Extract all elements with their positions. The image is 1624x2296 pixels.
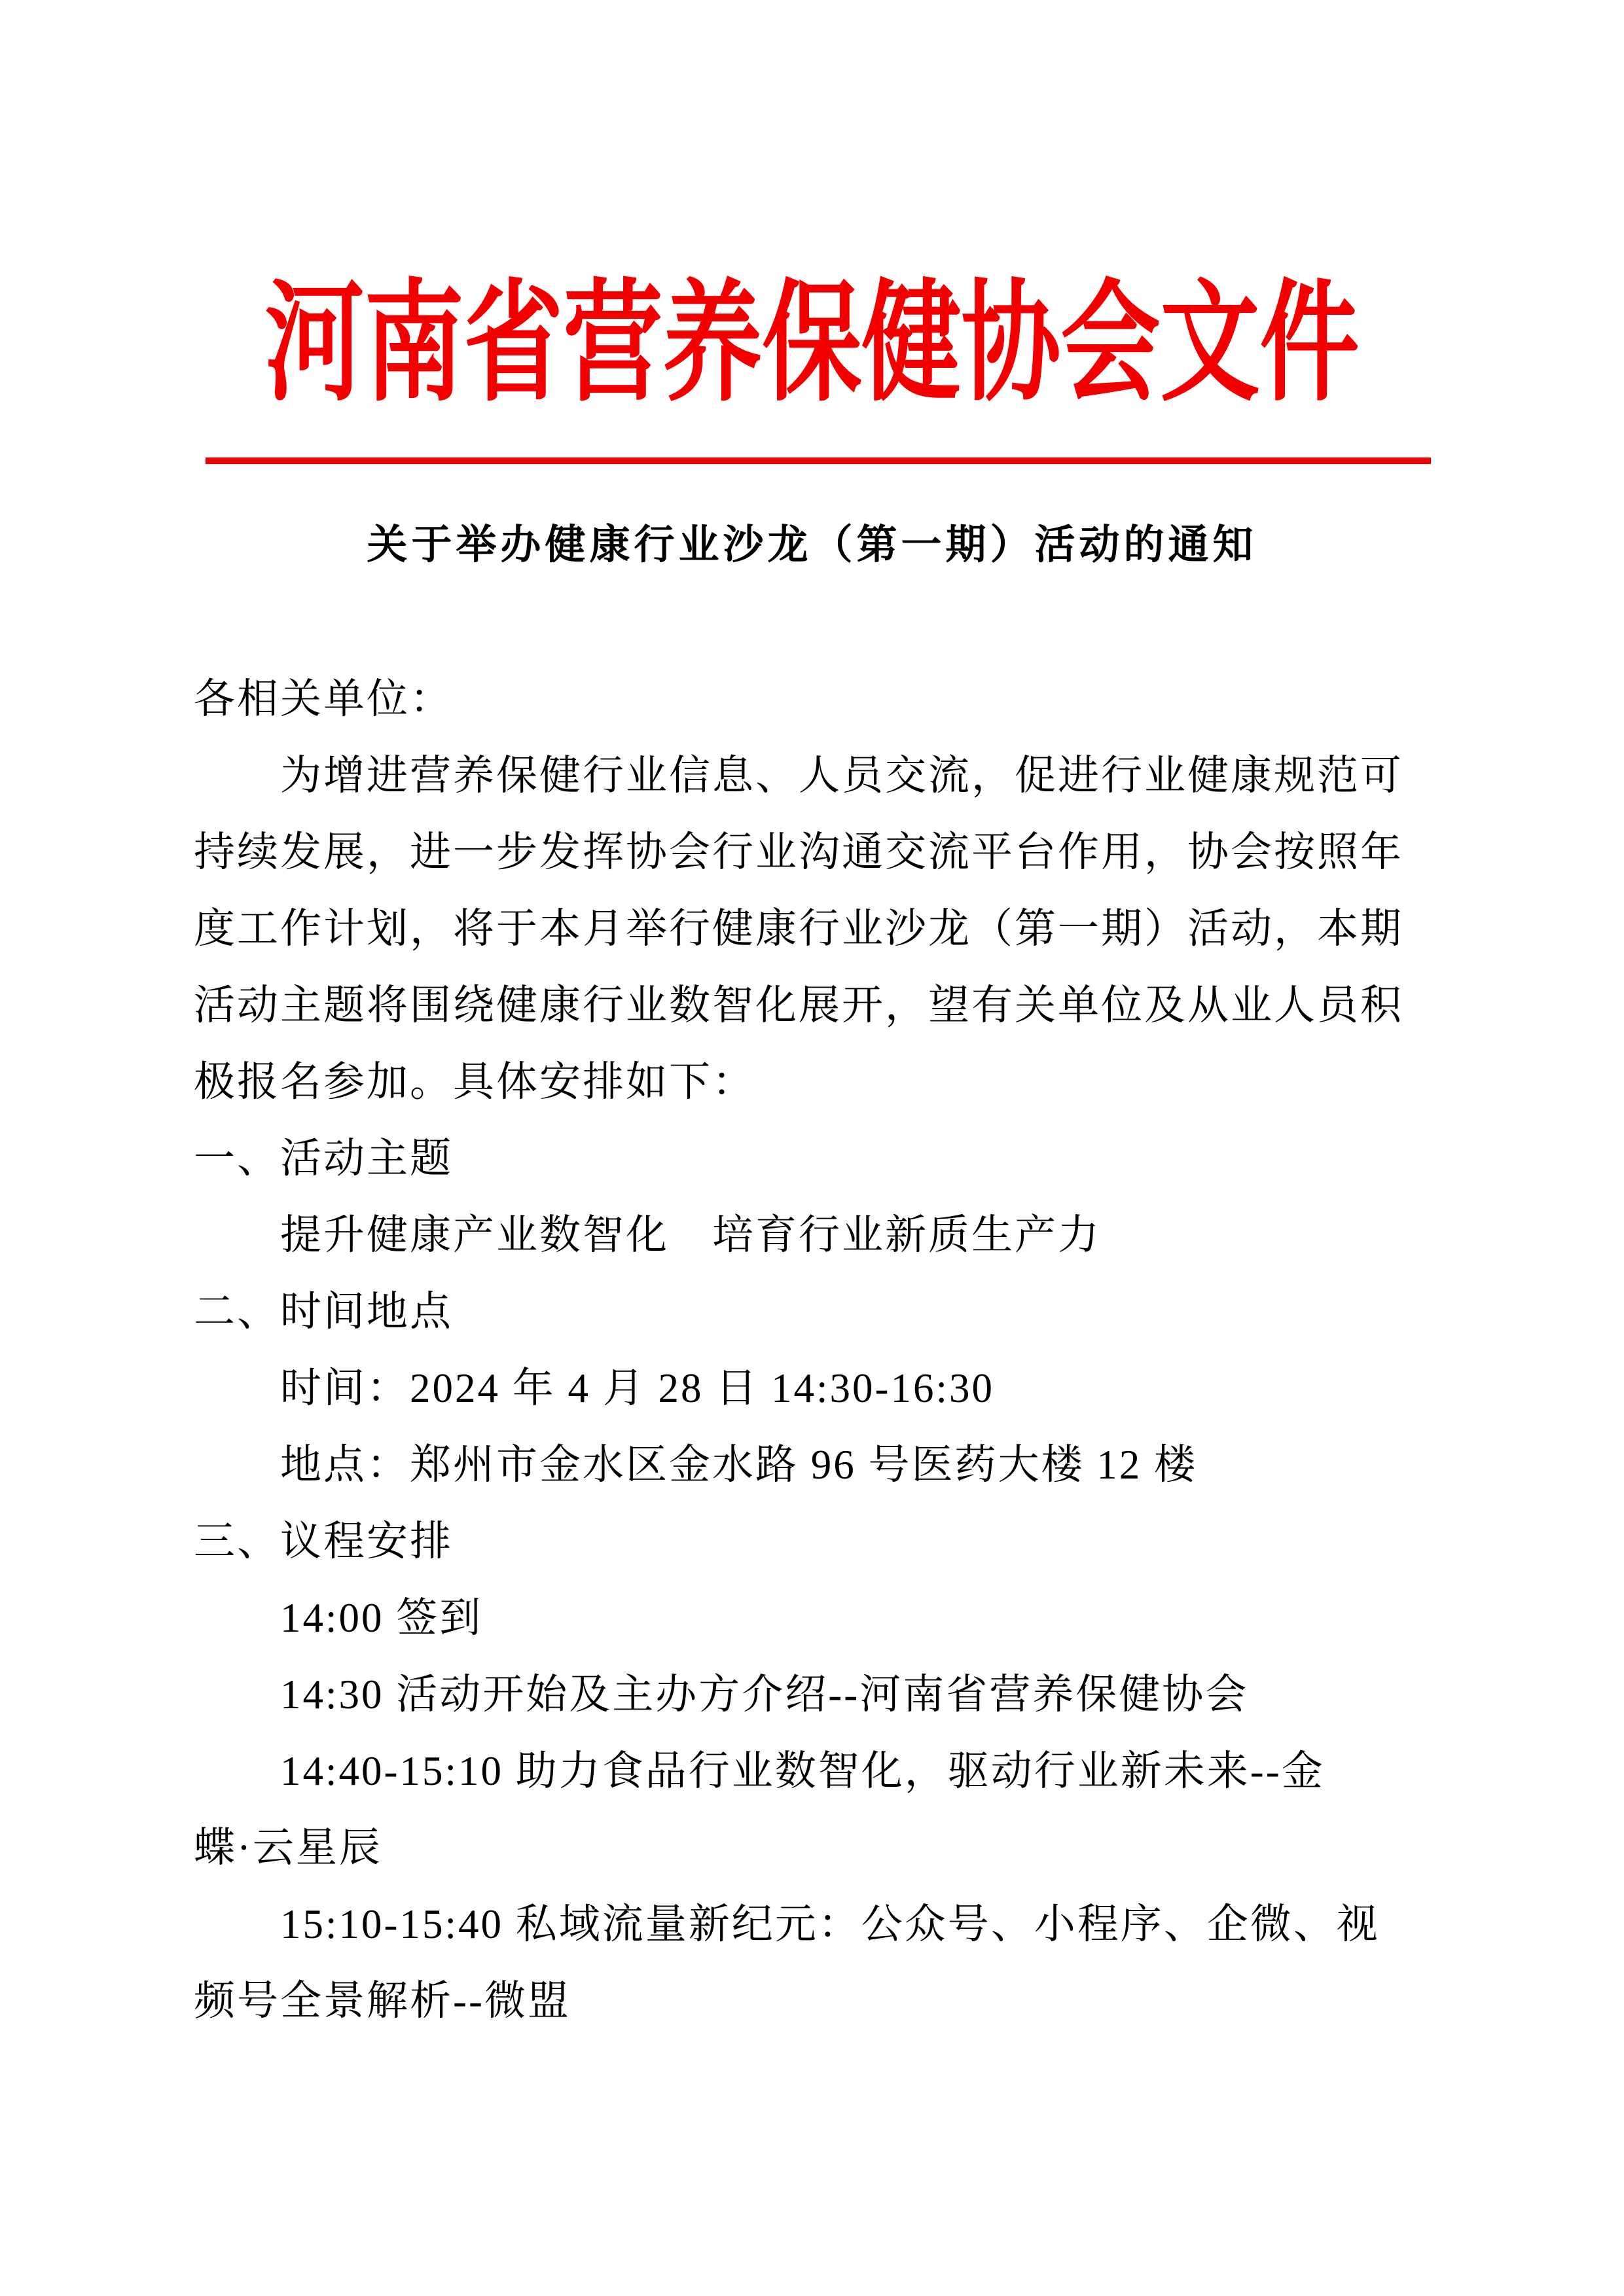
agenda-line: 14:40-15:10 助力食品行业数智化，驱动行业新未来--金 <box>194 1733 1423 1810</box>
intro-paragraph-line: 为增进营养保健行业信息、人员交流，促进行业健康规范可 <box>194 738 1423 814</box>
document-page: 河南省营养保健协会文件 关于举办健康行业沙龙（第一期）活动的通知 各相关单位： … <box>0 0 1624 2296</box>
section-2-heading: 二、时间地点 <box>194 1274 1423 1350</box>
agenda-line: 蝶·云星辰 <box>194 1810 1423 1886</box>
red-divider-line <box>206 457 1431 464</box>
event-location-line: 地点：郑州市金水区金水路 96 号医药大楼 12 楼 <box>194 1427 1423 1503</box>
section-3-heading: 三、议程安排 <box>194 1503 1423 1580</box>
agenda-line: 14:30 活动开始及主办方介绍--河南省营养保健协会 <box>194 1657 1423 1733</box>
document-body: 各相关单位： 为增进营养保健行业信息、人员交流，促进行业健康规范可 持续发展，进… <box>194 661 1423 2039</box>
section-1-heading: 一、活动主题 <box>194 1121 1423 1197</box>
intro-paragraph-line: 持续发展，进一步发挥协会行业沟通交流平台作用，协会按照年 <box>194 814 1423 891</box>
salutation: 各相关单位： <box>194 661 1423 738</box>
agenda-line: 15:10-15:40 私域流量新纪元：公众号、小程序、企微、视 <box>194 1886 1423 1963</box>
intro-paragraph-line: 极报名参加。具体安排如下： <box>194 1044 1423 1121</box>
agenda-line: 频号全景解析--微盟 <box>194 1963 1423 2039</box>
agenda-line: 14:00 签到 <box>194 1580 1423 1657</box>
event-time-line: 时间：2024 年 4 月 28 日 14:30-16:30 <box>194 1350 1423 1427</box>
letterhead-title: 河南省营养保健协会文件 <box>195 274 1430 416</box>
intro-paragraph-line: 度工作计划，将于本月举行健康行业沙龙（第一期）活动，本期 <box>194 891 1423 967</box>
document-title: 关于举办健康行业沙龙（第一期）活动的通知 <box>0 522 1624 568</box>
section-1-theme: 提升健康产业数智化 培育行业新质生产力 <box>194 1197 1423 1274</box>
intro-paragraph-line: 活动主题将围绕健康行业数智化展开，望有关单位及从业人员积 <box>194 967 1423 1044</box>
